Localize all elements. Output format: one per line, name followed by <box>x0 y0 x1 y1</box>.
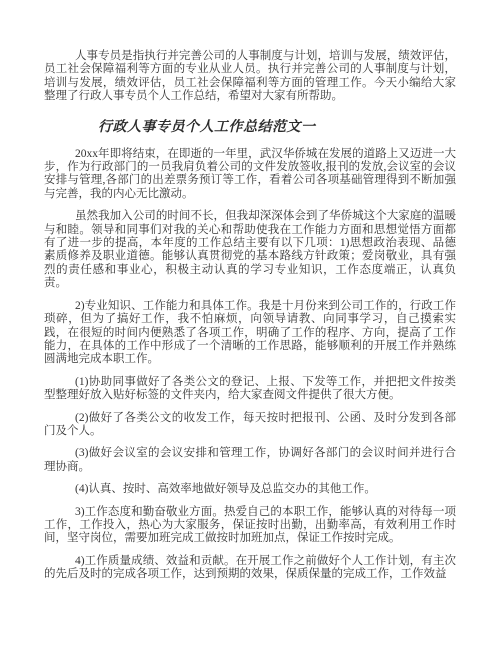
article-heading: 行政人事专员个人工作总结范文一 <box>98 116 456 136</box>
document-page: 人事专员是指执行并完善公司的人事制度与计划，培训与发展，绩效评估，员工社会保障福… <box>0 0 500 648</box>
body-paragraph: (1)协助同事做好了各类公文的登记、上报、下发等工作，并把把文件按类型整理好放入… <box>44 376 456 403</box>
body-paragraph: 2)专业知识、工作能力和具体工作。我是十月份来到公司工作的，行政工作琐碎，但为了… <box>44 300 456 367</box>
intro-paragraph: 人事专员是指执行并完善公司的人事制度与计划，培训与发展，绩效评估，员工社会保障福… <box>44 50 456 104</box>
body-paragraph: 3)工作态度和勤奋敬业方面。热爱自己的本职工作，能够认真的对待每一项工作，工作投… <box>44 506 456 546</box>
body-paragraph: 虽然我加入公司的时间不长，但我却深深体会到了华侨城这个大家庭的温暖与和睦。领导和… <box>44 210 456 290</box>
body-paragraph: (4)认真、按时、高效率地做好领导及总监交办的其他工作。 <box>44 483 456 496</box>
body-paragraph: 20xx年即将结束，在即逝的一年里，武汉华侨城在发展的道路上又迈进一大步，作为行… <box>44 148 456 202</box>
body-paragraph: (2)做好了各类公文的收发工作，每天按时把报刊、公函、及时分发到各部门及个人。 <box>44 412 456 439</box>
body-paragraph: (3)做好会议室的会议安排和管理工作，协调好各部门的会议时间并进行合理协商。 <box>44 447 456 474</box>
body-paragraph: 4)工作质量成绩、效益和贡献。在开展工作之前做好个人工作计划，有主次的先后及时的… <box>44 555 456 582</box>
